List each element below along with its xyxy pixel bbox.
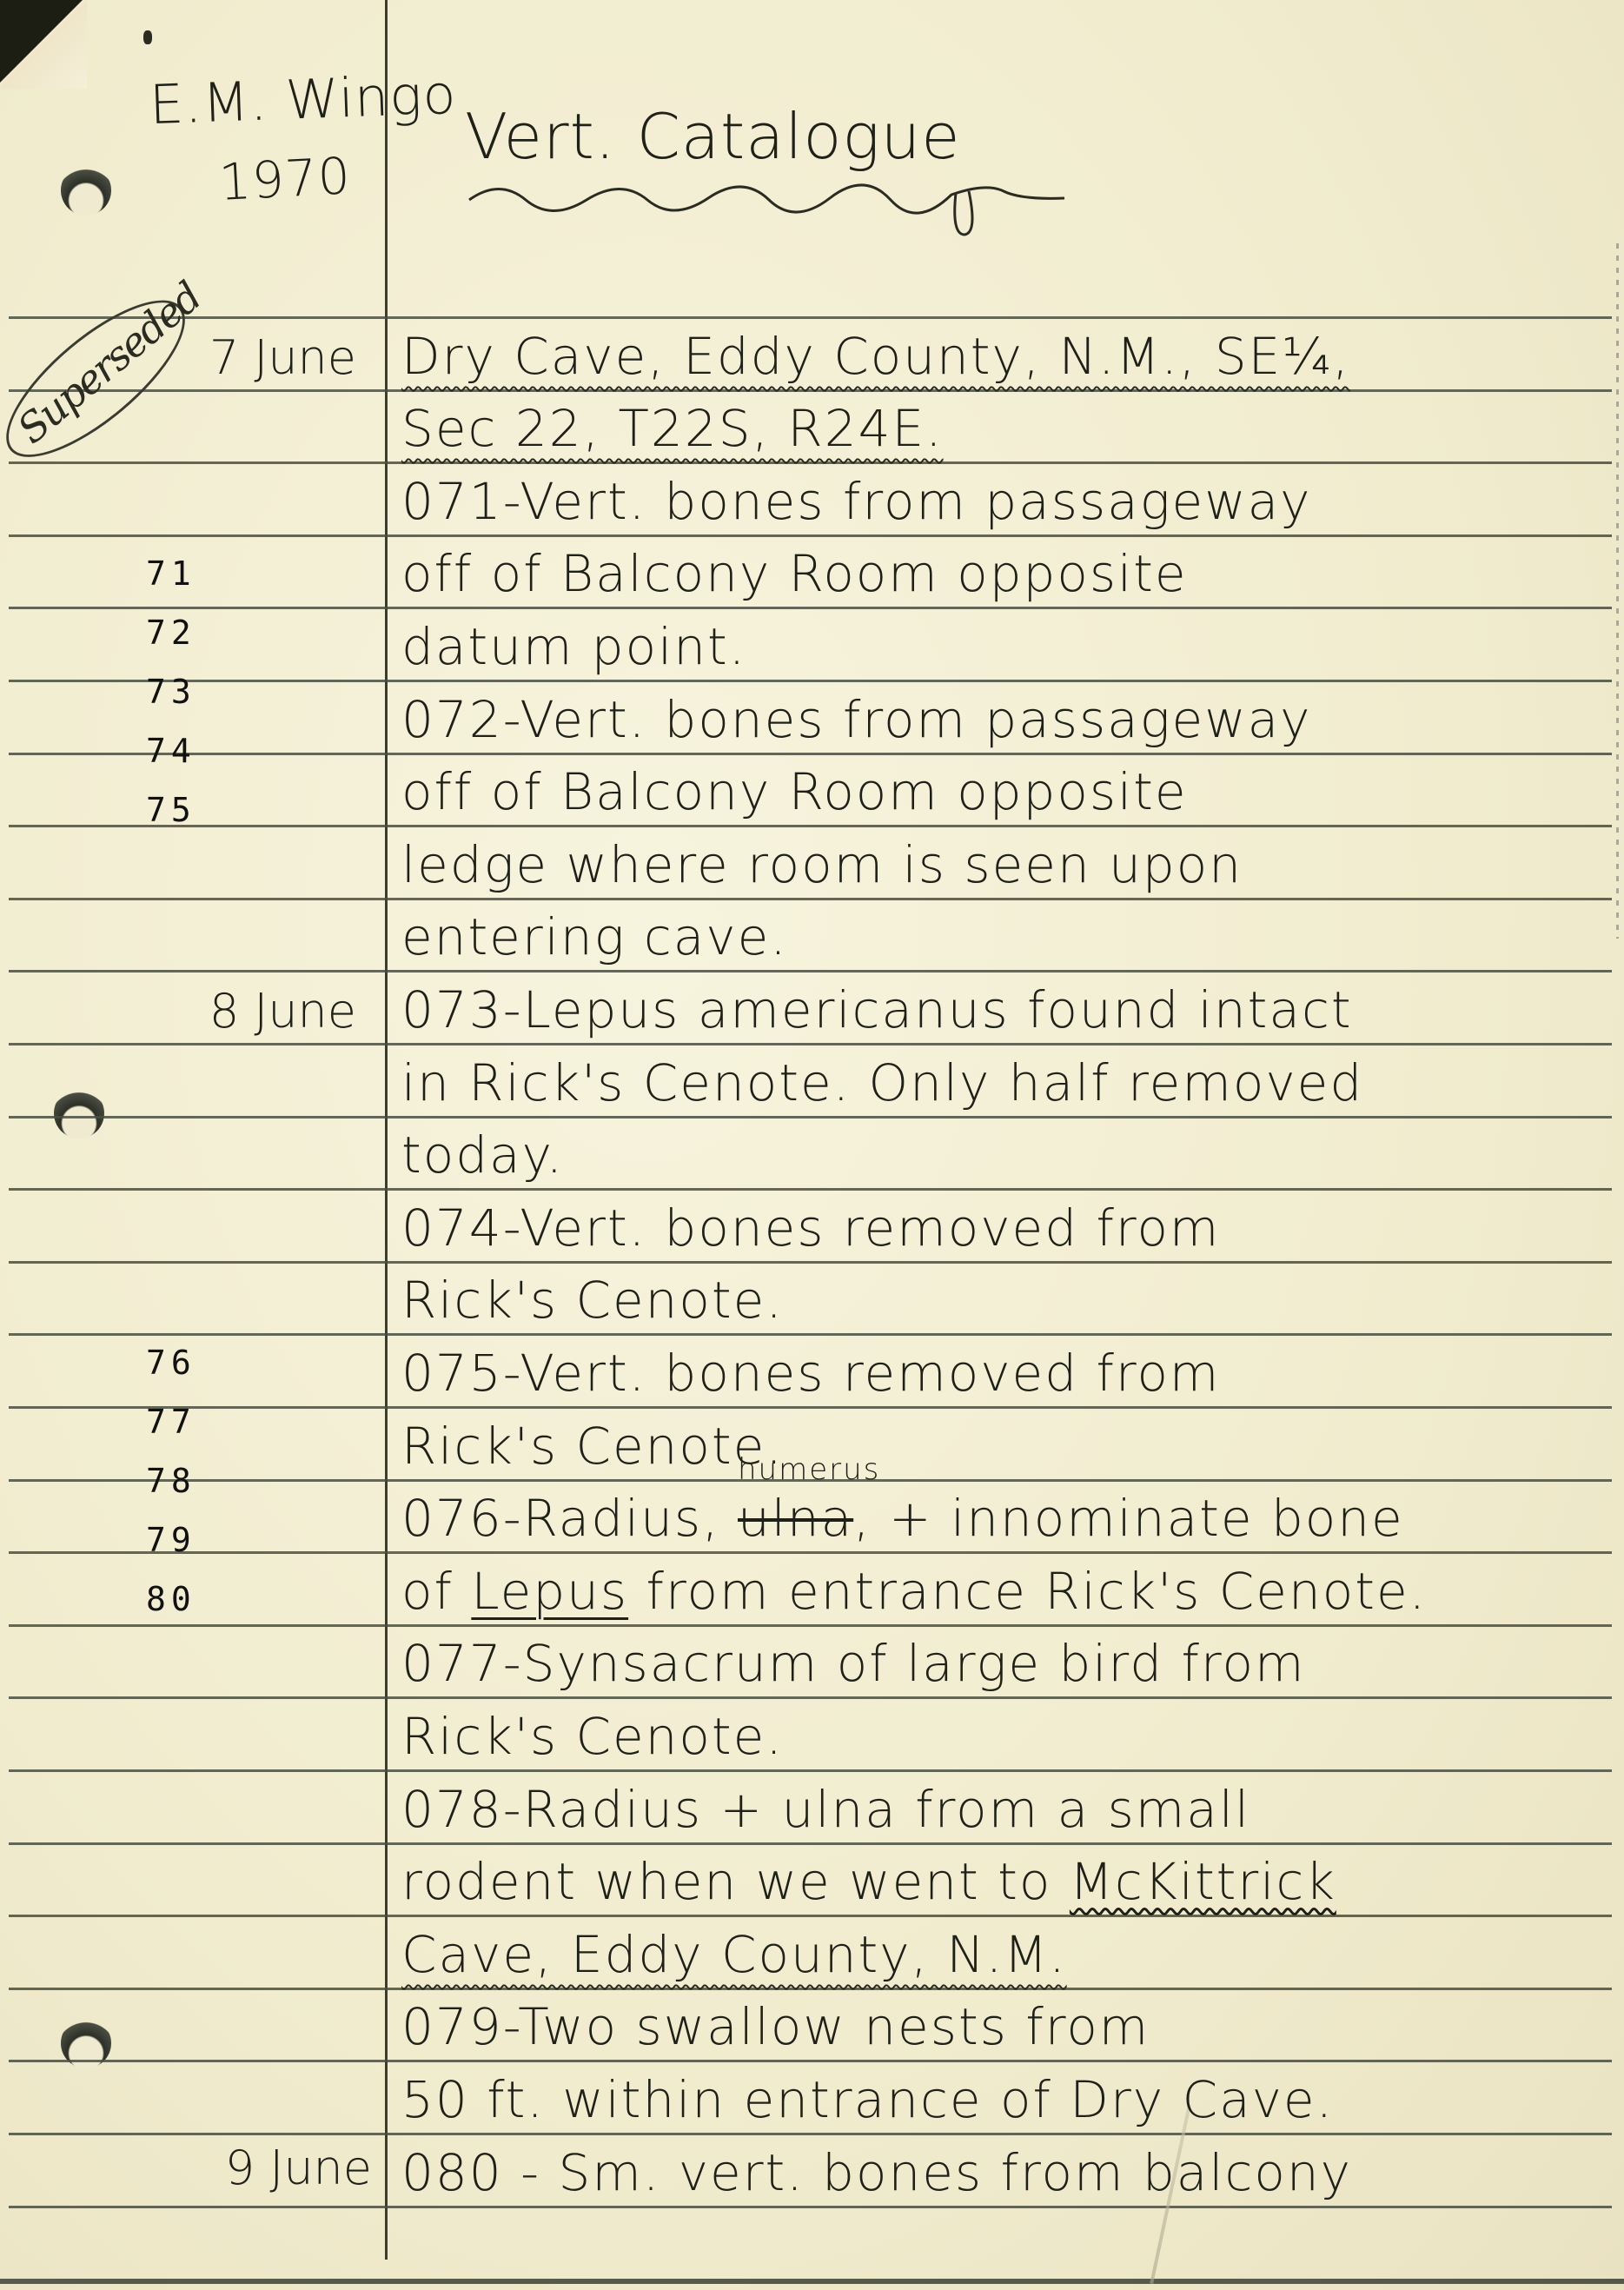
genus-lepus: Lepus [471,1562,628,1621]
ruled-line [9,680,1612,682]
entry-073-line-2: in Rick's Cenote. Only half removed [401,1053,1363,1112]
entry-079-line-1: 079-Two swallow nests from [401,1997,1150,2056]
margin-number: 79 [146,1521,196,1559]
margin-number: 72 [146,614,196,652]
ruled-line [9,1769,1612,1772]
entry-076-line-1: 076-Radius, humerusulna, + innominate bo… [401,1489,1404,1548]
ruled-line [9,316,1612,319]
entry-076-line-2: of Lepus from entrance Rick's Cenote. [401,1562,1427,1621]
ruled-line [9,2060,1612,2062]
ruled-line [9,1624,1612,1627]
ruled-line [9,1406,1612,1409]
entry-072-line-3: ledge where room is seen upon [401,835,1243,894]
margin-number: 74 [146,732,196,770]
margin-line [385,0,388,2260]
punch-hole-top [61,165,111,216]
entry-078-line-1: 078-Radius + ulna from a small [401,1780,1250,1839]
struck-word: ulna [738,1489,853,1548]
ruled-line [9,1043,1612,1045]
entry-071-line-3: datum point. [401,617,746,676]
entry-072-line-1: 072-Vert. bones from passageway [401,690,1312,749]
ruled-line [9,1116,1612,1118]
locality-line-2: Sec 22, T22S, R24E. [401,399,944,458]
ruled-line [9,461,1612,464]
entry-075-line-2: Rick's Cenote. [401,1417,784,1476]
entry-073-line-3: today. [401,1125,564,1185]
punch-hole-middle [54,1088,104,1138]
date-9-june: 9 June [111,2141,372,2195]
margin-number: 75 [146,791,196,829]
entry-079-line-2: 50 ft. within entrance of Dry Cave. [401,2070,1334,2129]
entry-076-of: of [401,1562,471,1621]
ruled-line [9,1333,1612,1336]
ruled-line [9,1915,1612,1917]
ruled-line [9,970,1612,972]
date-7-june: 7 June [96,330,356,385]
inserted-word: humerus [738,1452,880,1487]
margin-number: 78 [146,1462,196,1500]
ruled-line [9,825,1612,827]
page-title: Vert. Catalogue [465,100,961,173]
ruled-line [9,1261,1612,1264]
place-mckittrick: McKittrick [1070,1852,1336,1911]
title-wavy-underline [465,174,1073,243]
entry-071-line-2: off of Balcony Room opposite [401,544,1188,603]
entry-075-line-1: 075-Vert. bones removed from [401,1344,1220,1403]
entry-078-text: rodent when we went to [401,1852,1070,1911]
margin-number: 77 [146,1403,196,1441]
entry-076-rest: from entrance Rick's Cenote. [628,1562,1427,1621]
ruled-line [9,753,1612,755]
entry-074-line-1: 074-Vert. bones removed from [401,1198,1220,1258]
entry-073-line-1: 073-Lepus americanus found intact [401,980,1353,1039]
ruled-line [9,1988,1612,1990]
year: 1970 [217,146,352,212]
ruled-line [9,534,1612,537]
entry-078-line-3: Cave, Eddy County, N.M. [401,1925,1067,1984]
entry-077-line-2: Rick's Cenote. [401,1707,784,1766]
ruled-line [9,1188,1612,1191]
ruled-line [9,607,1612,609]
margin-number: 80 [146,1580,196,1618]
margin-number: 76 [146,1344,196,1382]
entry-076-correction: humerusulna [738,1489,853,1548]
ruled-line [9,1551,1612,1554]
ruled-line [9,389,1612,392]
author-name: E.M. Wingo [149,63,458,137]
entry-072-line-4: entering cave. [401,907,788,966]
ruled-line [9,2133,1612,2135]
ruled-line [9,1696,1612,1699]
entry-076-text-b: , + innominate bone [853,1489,1404,1548]
page-edge-perforation [1616,243,1619,939]
ruled-line [9,2206,1612,2208]
entry-080-line-1: 080 - Sm. vert. bones from balcony [401,2143,1352,2202]
date-8-june: 8 June [96,984,356,1039]
margin-number: 71 [146,554,196,593]
paper-speck [143,30,152,44]
entry-076-text-a: 076-Radius, [401,1489,738,1548]
ruled-line-bottom [0,2279,1624,2284]
ruled-line [9,1842,1612,1845]
entry-077-line-1: 077-Synsacrum of large bird from [401,1634,1305,1693]
entry-071-line-1: 071-Vert. bones from passageway [401,472,1312,531]
entry-072-line-2: off of Balcony Room opposite [401,762,1188,821]
entry-074-line-2: Rick's Cenote. [401,1271,784,1330]
locality-line-1: Dry Cave, Eddy County, N.M., SE¼, [401,327,1350,386]
ruled-line [9,898,1612,900]
folded-corner-flap [0,0,87,89]
entry-078-line-2: rodent when we went to McKittrick [401,1852,1336,1911]
margin-number: 73 [146,673,196,711]
